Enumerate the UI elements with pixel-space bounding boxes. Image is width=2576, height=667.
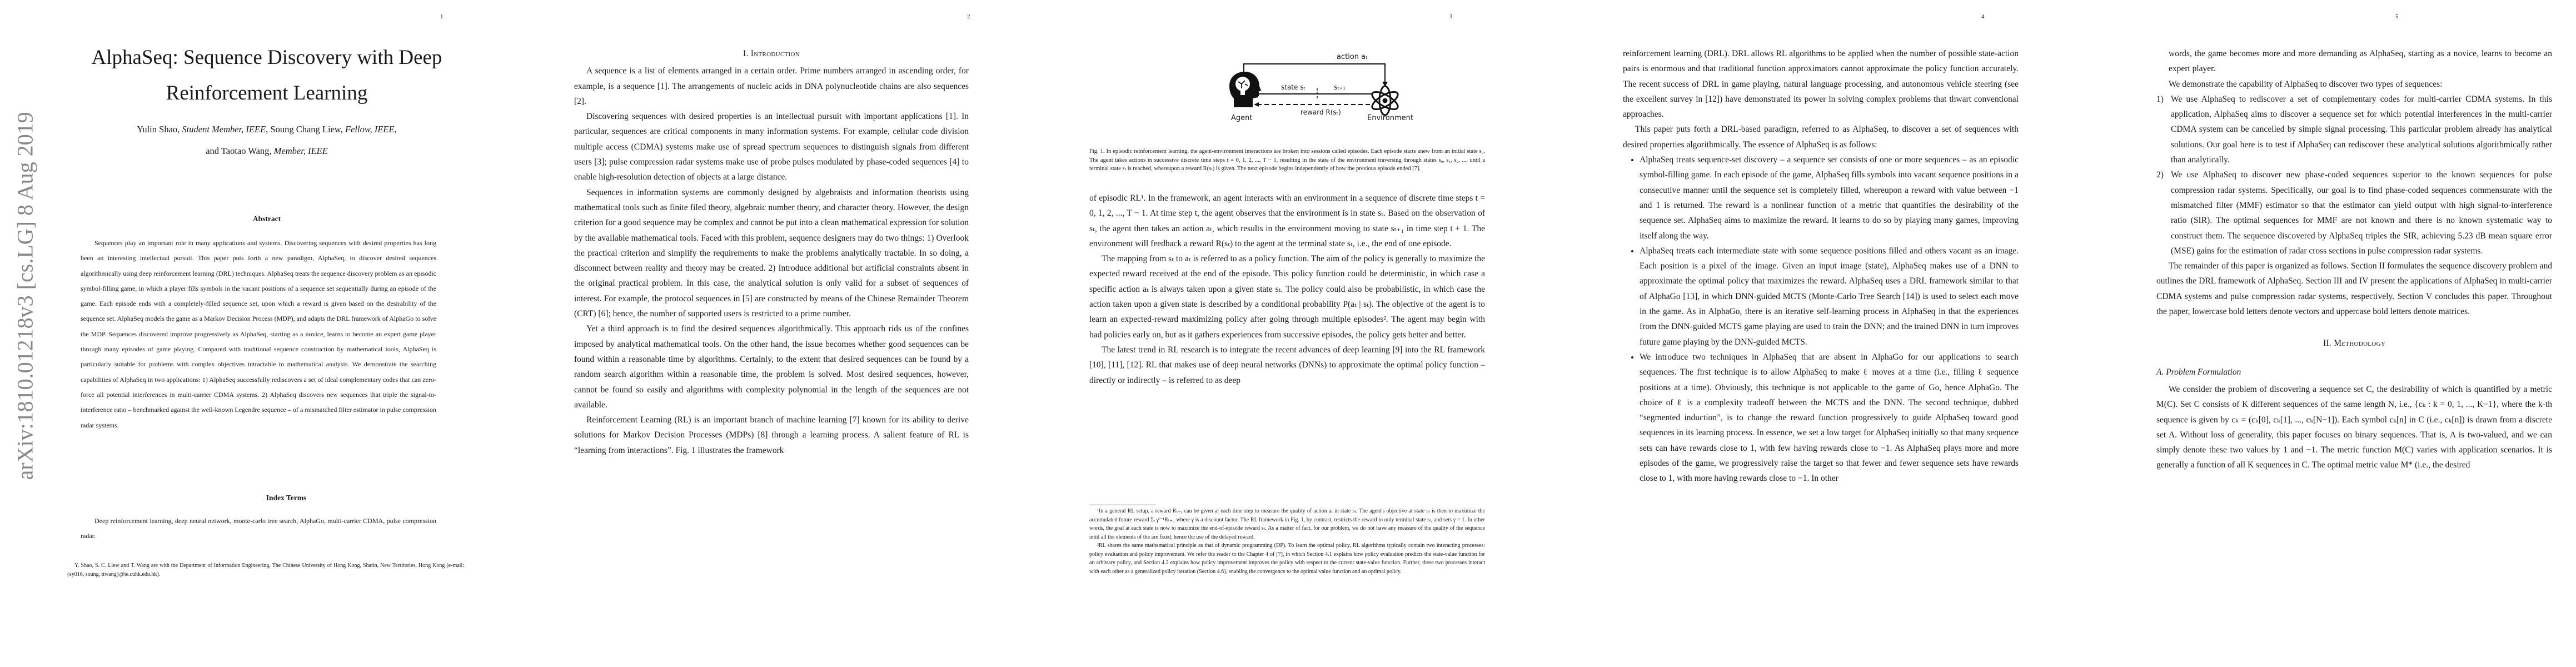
author-name: Yulin Shao,: [137, 124, 180, 135]
item-number: 1): [2156, 92, 2171, 167]
main-column: of episodic RL¹. In the framework, an ag…: [1089, 191, 1485, 388]
footnote-rule: [1089, 505, 1156, 505]
affiliation-footnote: Y. Shao, S. C. Liew and T. Wang are with…: [67, 561, 464, 579]
page-5: 5 words, the game becomes more and more …: [2106, 0, 2576, 667]
author-list: Yulin Shao, Student Member, IEEE, Soung …: [69, 118, 464, 162]
footnote: ¹In a general RL setup, a reward Rₜ₊₁ ca…: [1089, 507, 1485, 541]
affiliation-text: Y. Shao, S. C. Liew and T. Wang are with…: [67, 561, 464, 579]
agent-head-icon: [1229, 72, 1261, 107]
page-number: 2: [967, 13, 970, 20]
section-heading-introduction: I. Introduction: [574, 46, 969, 61]
figure-label-action: action aₜ: [1337, 53, 1368, 61]
paragraph: The mapping from sₜ to aₜ is referred to…: [1089, 251, 1485, 342]
item-number: 2): [2156, 167, 2171, 258]
author-role: Member, IEEE: [274, 146, 328, 156]
page-1: 1 AlphaSeq: Sequence Discovery with Deep…: [0, 0, 517, 667]
footnote: ²RL shares the same mathematical princip…: [1089, 541, 1485, 576]
page-number: 4: [1981, 13, 1985, 20]
figure-label-agent: Agent: [1231, 114, 1252, 122]
index-terms-heading: Index Terms: [89, 494, 484, 502]
paragraph: The remainder of this paper is organized…: [2156, 258, 2552, 319]
main-column: words, the game becomes more and more de…: [2156, 46, 2552, 473]
paragraph: Reinforcement Learning (RL) is an import…: [574, 412, 969, 458]
numbered-list: 1) We use AlphaSeq to rediscover a set o…: [2156, 92, 2552, 258]
numbered-item: 1) We use AlphaSeq to rediscover a set o…: [2156, 92, 2552, 167]
figure-label-next-state: sₜ₊₁: [1334, 83, 1346, 91]
figure-label-state: state sₜ: [1281, 83, 1306, 91]
paragraph: reinforcement learning (DRL). DRL allows…: [1623, 46, 2019, 122]
section-heading-methodology: II. Methodology: [2156, 336, 2552, 351]
footnotes: ¹In a general RL setup, a reward Rₜ₊₁ ca…: [1089, 507, 1485, 576]
main-column: I. Introduction A sequence is a list of …: [574, 46, 969, 458]
paragraph: Yet a third approach is to find the desi…: [574, 321, 969, 412]
author-name: Soung Chang Liew,: [270, 124, 342, 135]
paragraph: The latest trend in RL research is to in…: [1089, 342, 1485, 388]
bullet-item: AlphaSeq treats each intermediate state …: [1640, 243, 2019, 350]
author-line-1: Yulin Shao, Student Member, IEEE, Soung …: [69, 118, 464, 140]
title-line-1: AlphaSeq: Sequence Discovery with Deep: [69, 40, 464, 76]
abstract-text: Sequences play an important role in many…: [81, 236, 436, 433]
index-terms-body: Deep reinforcement learning, deep neural…: [81, 514, 436, 544]
paragraph: Sequences in information systems are com…: [574, 185, 969, 322]
subsection-heading-problem-formulation: A. Problem Formulation: [2156, 365, 2552, 380]
page-2: 2 I. Introduction A sequence is a list o…: [517, 0, 1034, 667]
figure-label-environment: Environment: [1367, 114, 1413, 122]
paragraph: A sequence is a list of elements arrange…: [574, 63, 969, 109]
bullet-item: AlphaSeq treats sequence-set discovery –…: [1640, 152, 2019, 243]
essence-bullet-list: AlphaSeq treats sequence-set discovery –…: [1623, 152, 2019, 486]
numbered-item: 2) We use AlphaSeq to discover new phase…: [2156, 167, 2552, 258]
paragraph: Discovering sequences with desired prope…: [574, 109, 969, 185]
author-role: Fellow, IEEE,: [345, 124, 397, 135]
paragraph: words, the game becomes more and more de…: [2156, 46, 2552, 77]
paragraph: This paper puts forth a DRL-based paradi…: [1623, 122, 2019, 152]
page-4: 4 reinforcement learning (DRL). DRL allo…: [1590, 0, 2106, 667]
abstract-body: Sequences play an important role in many…: [81, 236, 436, 433]
figure-caption: Fig. 1. In episodic reinforcement learni…: [1089, 147, 1485, 173]
figure-label-reward: reward R(sₜ): [1301, 108, 1341, 116]
page-number: 1: [440, 13, 444, 20]
author-role: Student Member, IEEE,: [182, 124, 268, 135]
author-line-2: and Taotao Wang, Member, IEEE: [69, 140, 464, 162]
item-text: We use AlphaSeq to rediscover a set of c…: [2171, 92, 2552, 167]
paper-title: AlphaSeq: Sequence Discovery with Deep R…: [69, 40, 464, 111]
bullet-item: We introduce two techniques in AlphaSeq …: [1640, 350, 2019, 486]
abstract-heading: Abstract: [69, 215, 464, 223]
paragraph: We consider the problem of discovering a…: [2156, 382, 2552, 473]
page-number: 3: [1449, 13, 1453, 20]
item-text: We use AlphaSeq to discover new phase-co…: [2171, 167, 2552, 258]
page-3: 3 action aₜ state sₜ sₜ₊₁ reward R(sₜ) A…: [1034, 0, 1590, 667]
page-number: 5: [2395, 13, 2399, 20]
author-name: and Taotao Wang,: [206, 146, 271, 156]
environment-atom-icon: [1369, 86, 1400, 115]
paragraph: We demonstrate the capability of AlphaSe…: [2156, 77, 2552, 92]
title-line-2: Reinforcement Learning: [69, 76, 464, 111]
main-column: reinforcement learning (DRL). DRL allows…: [1623, 46, 2019, 486]
index-terms-text: Deep reinforcement learning, deep neural…: [81, 514, 436, 544]
paragraph: of episodic RL¹. In the framework, an ag…: [1089, 191, 1485, 251]
